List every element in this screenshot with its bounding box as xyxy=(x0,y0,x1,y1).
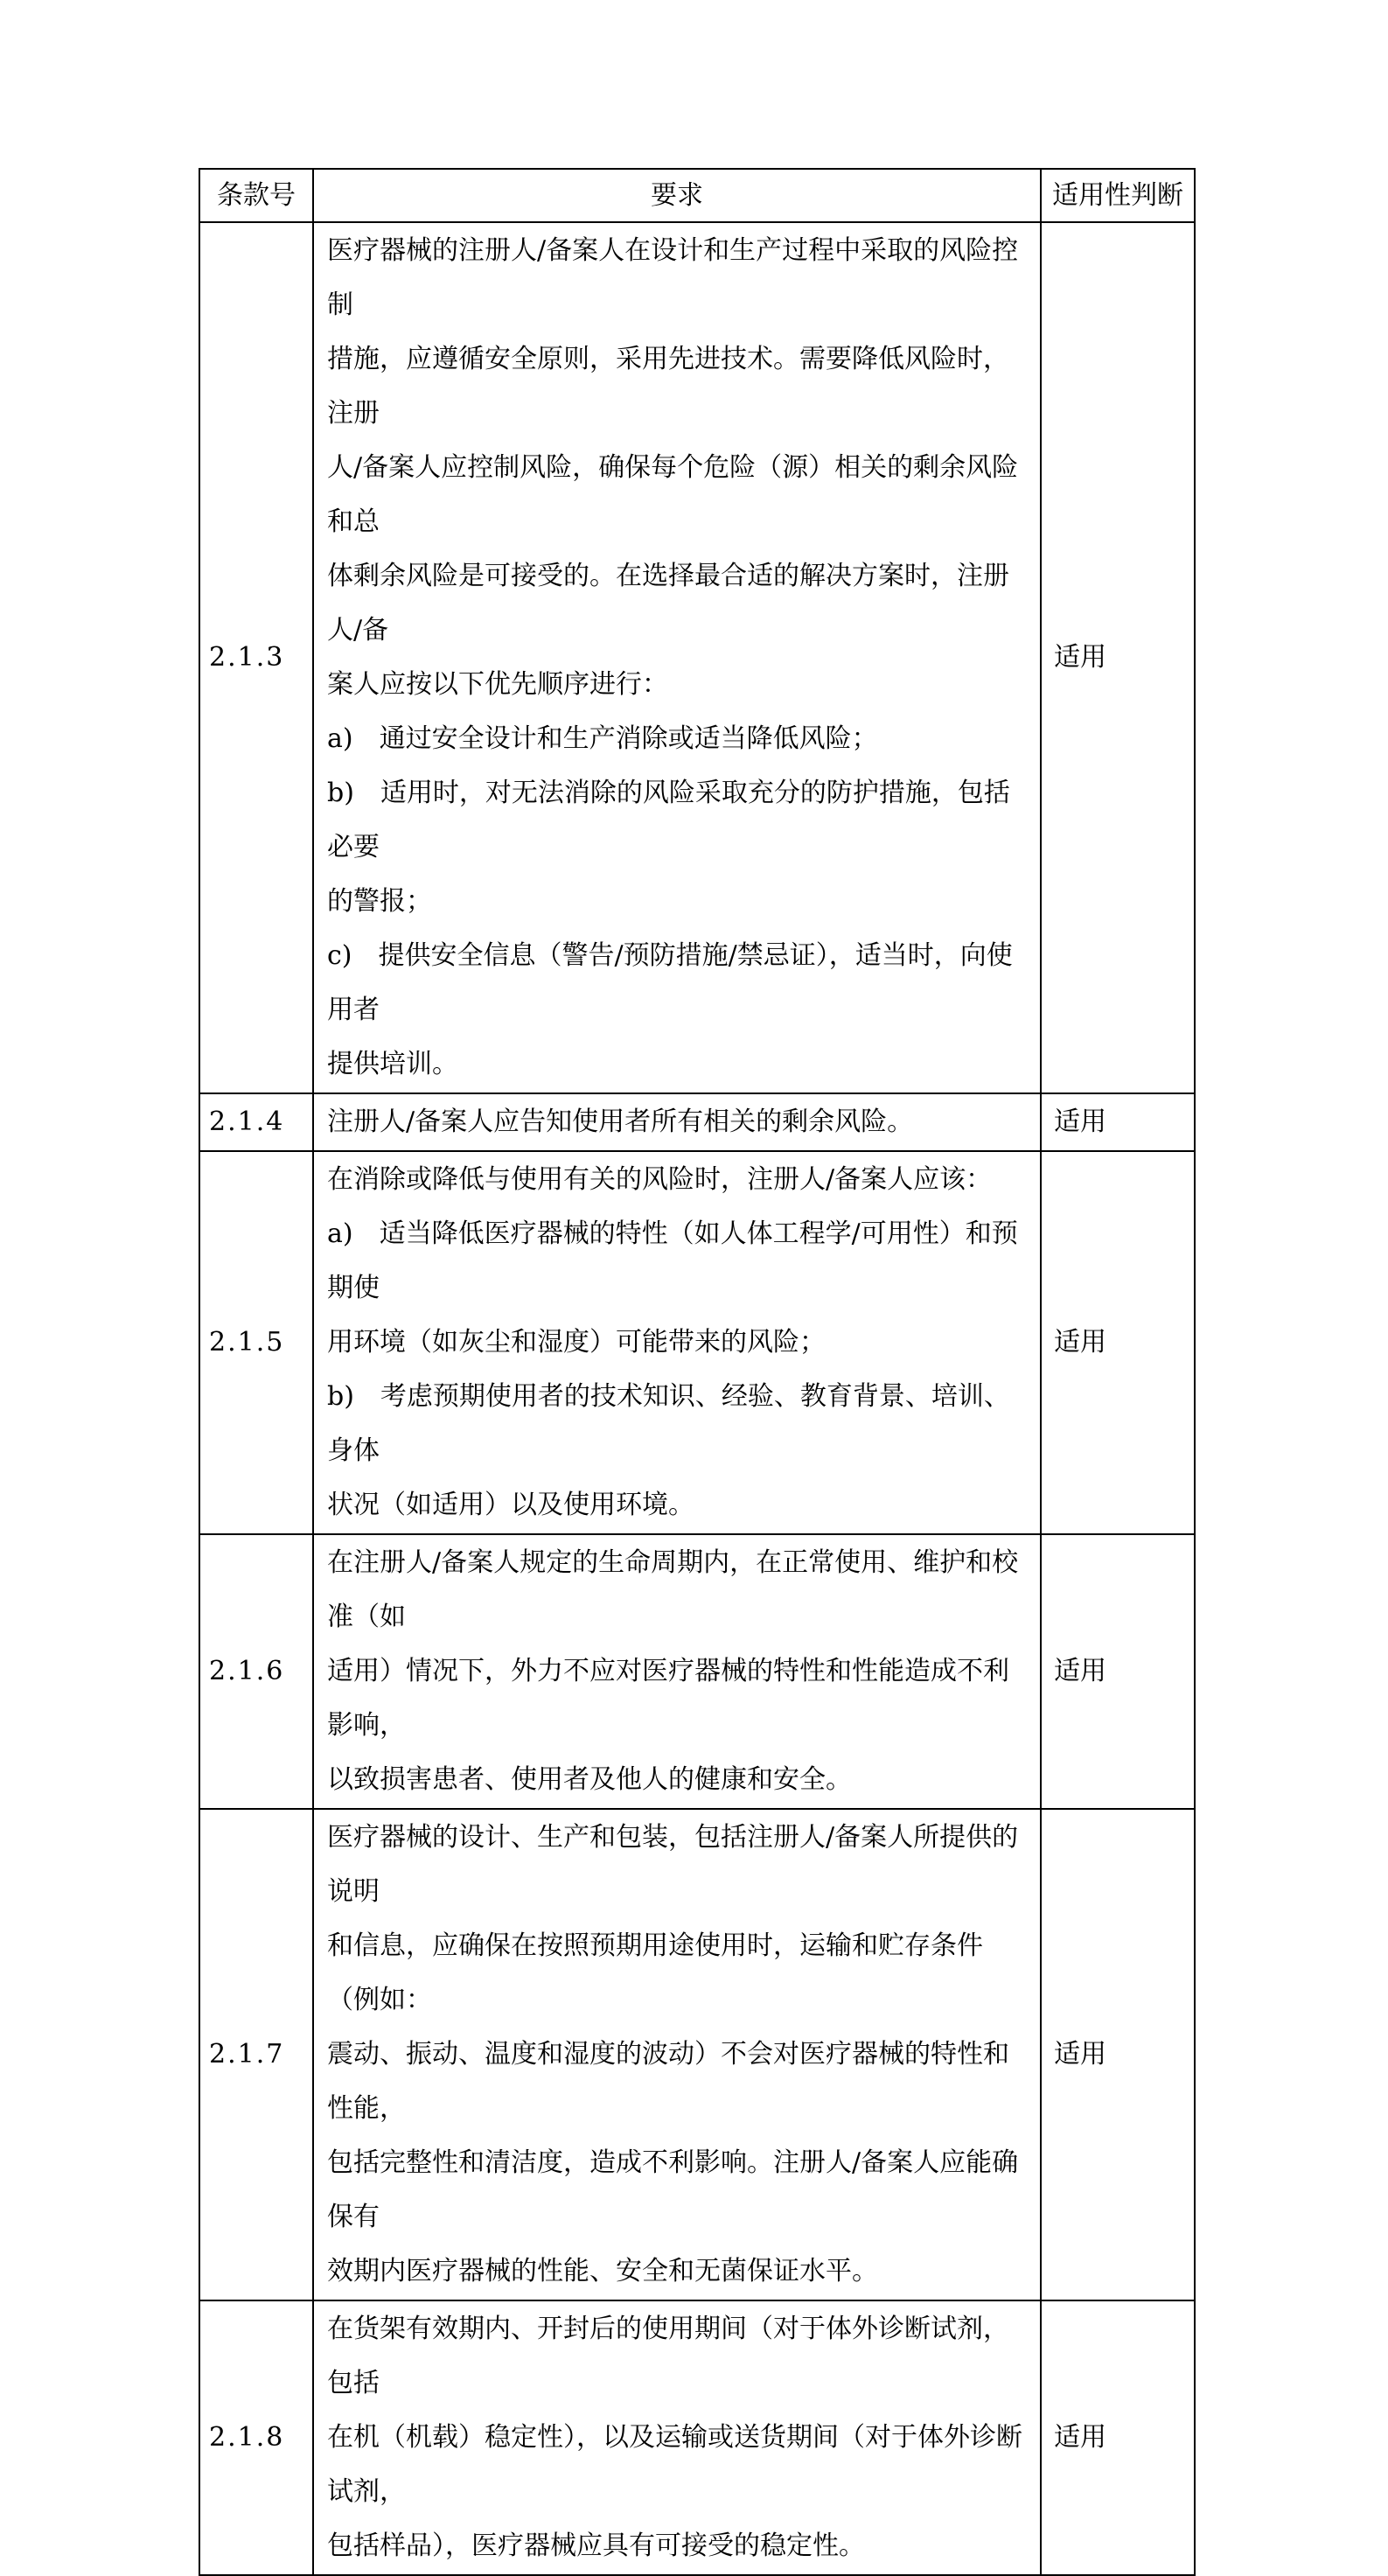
clause-cell: 2.1.7 xyxy=(199,1809,313,2300)
applicability-cell: 适用 xyxy=(1041,1809,1195,2300)
applicability-cell: 适用 xyxy=(1041,1534,1195,1809)
requirement-cell: 在消除或降低与使用有关的风险时，注册人/备案人应该： a) 适当降低医疗器械的特… xyxy=(313,1151,1041,1534)
table-row: 2.1.8 在货架有效期内、开封后的使用期间（对于体外诊断试剂，包括 在机（机载… xyxy=(199,2300,1195,2575)
applicability-cell: 适用 xyxy=(1041,2300,1195,2575)
header-row: 条款号 要求 适用性判断 xyxy=(199,169,1195,222)
applicability-cell: 适用 xyxy=(1041,1093,1195,1151)
document-page: 条款号 要求 适用性判断 2.1.3 医疗器械的注册人/备案人在设计和生产过程中… xyxy=(0,0,1388,1964)
table-header: 条款号 要求 适用性判断 xyxy=(199,169,1195,222)
requirements-table: 条款号 要求 适用性判断 2.1.3 医疗器械的注册人/备案人在设计和生产过程中… xyxy=(199,168,1196,2576)
clause-cell: 2.1.3 xyxy=(199,222,313,1093)
requirement-cell: 在注册人/备案人规定的生命周期内，在正常使用、维护和校准（如 适用）情况下，外力… xyxy=(313,1534,1041,1809)
clause-cell: 2.1.5 xyxy=(199,1151,313,1534)
clause-cell: 2.1.8 xyxy=(199,2300,313,2575)
table-row: 2.1.7 医疗器械的设计、生产和包装，包括注册人/备案人所提供的说明 和信息，… xyxy=(199,1809,1195,2300)
header-clause: 条款号 xyxy=(199,169,313,222)
applicability-cell: 适用 xyxy=(1041,222,1195,1093)
applicability-cell: 适用 xyxy=(1041,1151,1195,1534)
requirement-cell: 在货架有效期内、开封后的使用期间（对于体外诊断试剂，包括 在机（机载）稳定性），… xyxy=(313,2300,1041,2575)
requirement-cell: 注册人/备案人应告知使用者所有相关的剩余风险。 xyxy=(313,1093,1041,1151)
table-row: 2.1.6 在注册人/备案人规定的生命周期内，在正常使用、维护和校准（如 适用）… xyxy=(199,1534,1195,1809)
clause-cell: 2.1.6 xyxy=(199,1534,313,1809)
table-row: 2.1.4 注册人/备案人应告知使用者所有相关的剩余风险。 适用 xyxy=(199,1093,1195,1151)
table-row: 2.1.3 医疗器械的注册人/备案人在设计和生产过程中采取的风险控制 措施，应遵… xyxy=(199,222,1195,1093)
requirements-table-body: 2.1.3 医疗器械的注册人/备案人在设计和生产过程中采取的风险控制 措施，应遵… xyxy=(199,222,1195,2575)
requirement-cell: 医疗器械的设计、生产和包装，包括注册人/备案人所提供的说明 和信息，应确保在按照… xyxy=(313,1809,1041,2300)
header-applicability: 适用性判断 xyxy=(1041,169,1195,222)
table-row: 2.1.5 在消除或降低与使用有关的风险时，注册人/备案人应该： a) 适当降低… xyxy=(199,1151,1195,1534)
requirement-cell: 医疗器械的注册人/备案人在设计和生产过程中采取的风险控制 措施，应遵循安全原则，… xyxy=(313,222,1041,1093)
clause-cell: 2.1.4 xyxy=(199,1093,313,1151)
header-requirement: 要求 xyxy=(313,169,1041,222)
